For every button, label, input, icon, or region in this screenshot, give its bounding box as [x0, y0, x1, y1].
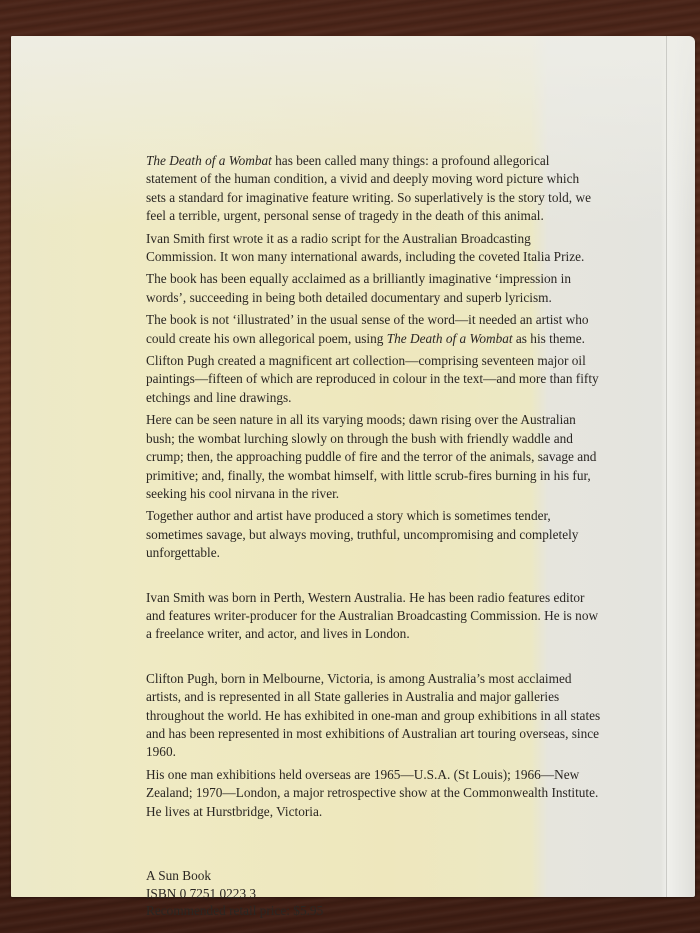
- retail-price: Recommended retail price: $5.95: [146, 902, 323, 920]
- blurb-paragraph-2: Ivan Smith first wrote it as a radio scr…: [146, 230, 601, 267]
- artist-bio-paragraph-1: Clifton Pugh, born in Melbourne, Victori…: [146, 670, 601, 762]
- book-title: The Death of a Wombat: [387, 331, 513, 346]
- isbn: ISBN 0 7251 0223 3: [146, 885, 323, 903]
- blurb-paragraph-7: Together author and artist have produced…: [146, 507, 601, 562]
- book-title: The Death of a Wombat: [146, 153, 272, 168]
- blurb-paragraph-4: The book is not ‘illustrated’ in the usu…: [146, 311, 601, 348]
- publisher-name: A Sun Book: [146, 867, 323, 885]
- book-back-cover: The Death of a Wombat has been called ma…: [11, 36, 695, 897]
- cover-fold-line: [666, 36, 667, 897]
- blurb-paragraph-3: The book has been equally acclaimed as a…: [146, 270, 601, 307]
- blurb-paragraph-1: The Death of a Wombat has been called ma…: [146, 152, 601, 226]
- author-bio: Ivan Smith was born in Perth, Western Au…: [146, 589, 601, 644]
- publisher-info: A Sun Book ISBN 0 7251 0223 3 Recommende…: [146, 867, 323, 920]
- artist-bio-paragraph-2: His one man exhibitions held overseas ar…: [146, 766, 601, 821]
- cover-text: The Death of a Wombat has been called ma…: [146, 152, 601, 825]
- blurb-paragraph-6: Here can be seen nature in all its varyi…: [146, 411, 601, 503]
- blurb-paragraph-5: Clifton Pugh created a magnificent art c…: [146, 352, 601, 407]
